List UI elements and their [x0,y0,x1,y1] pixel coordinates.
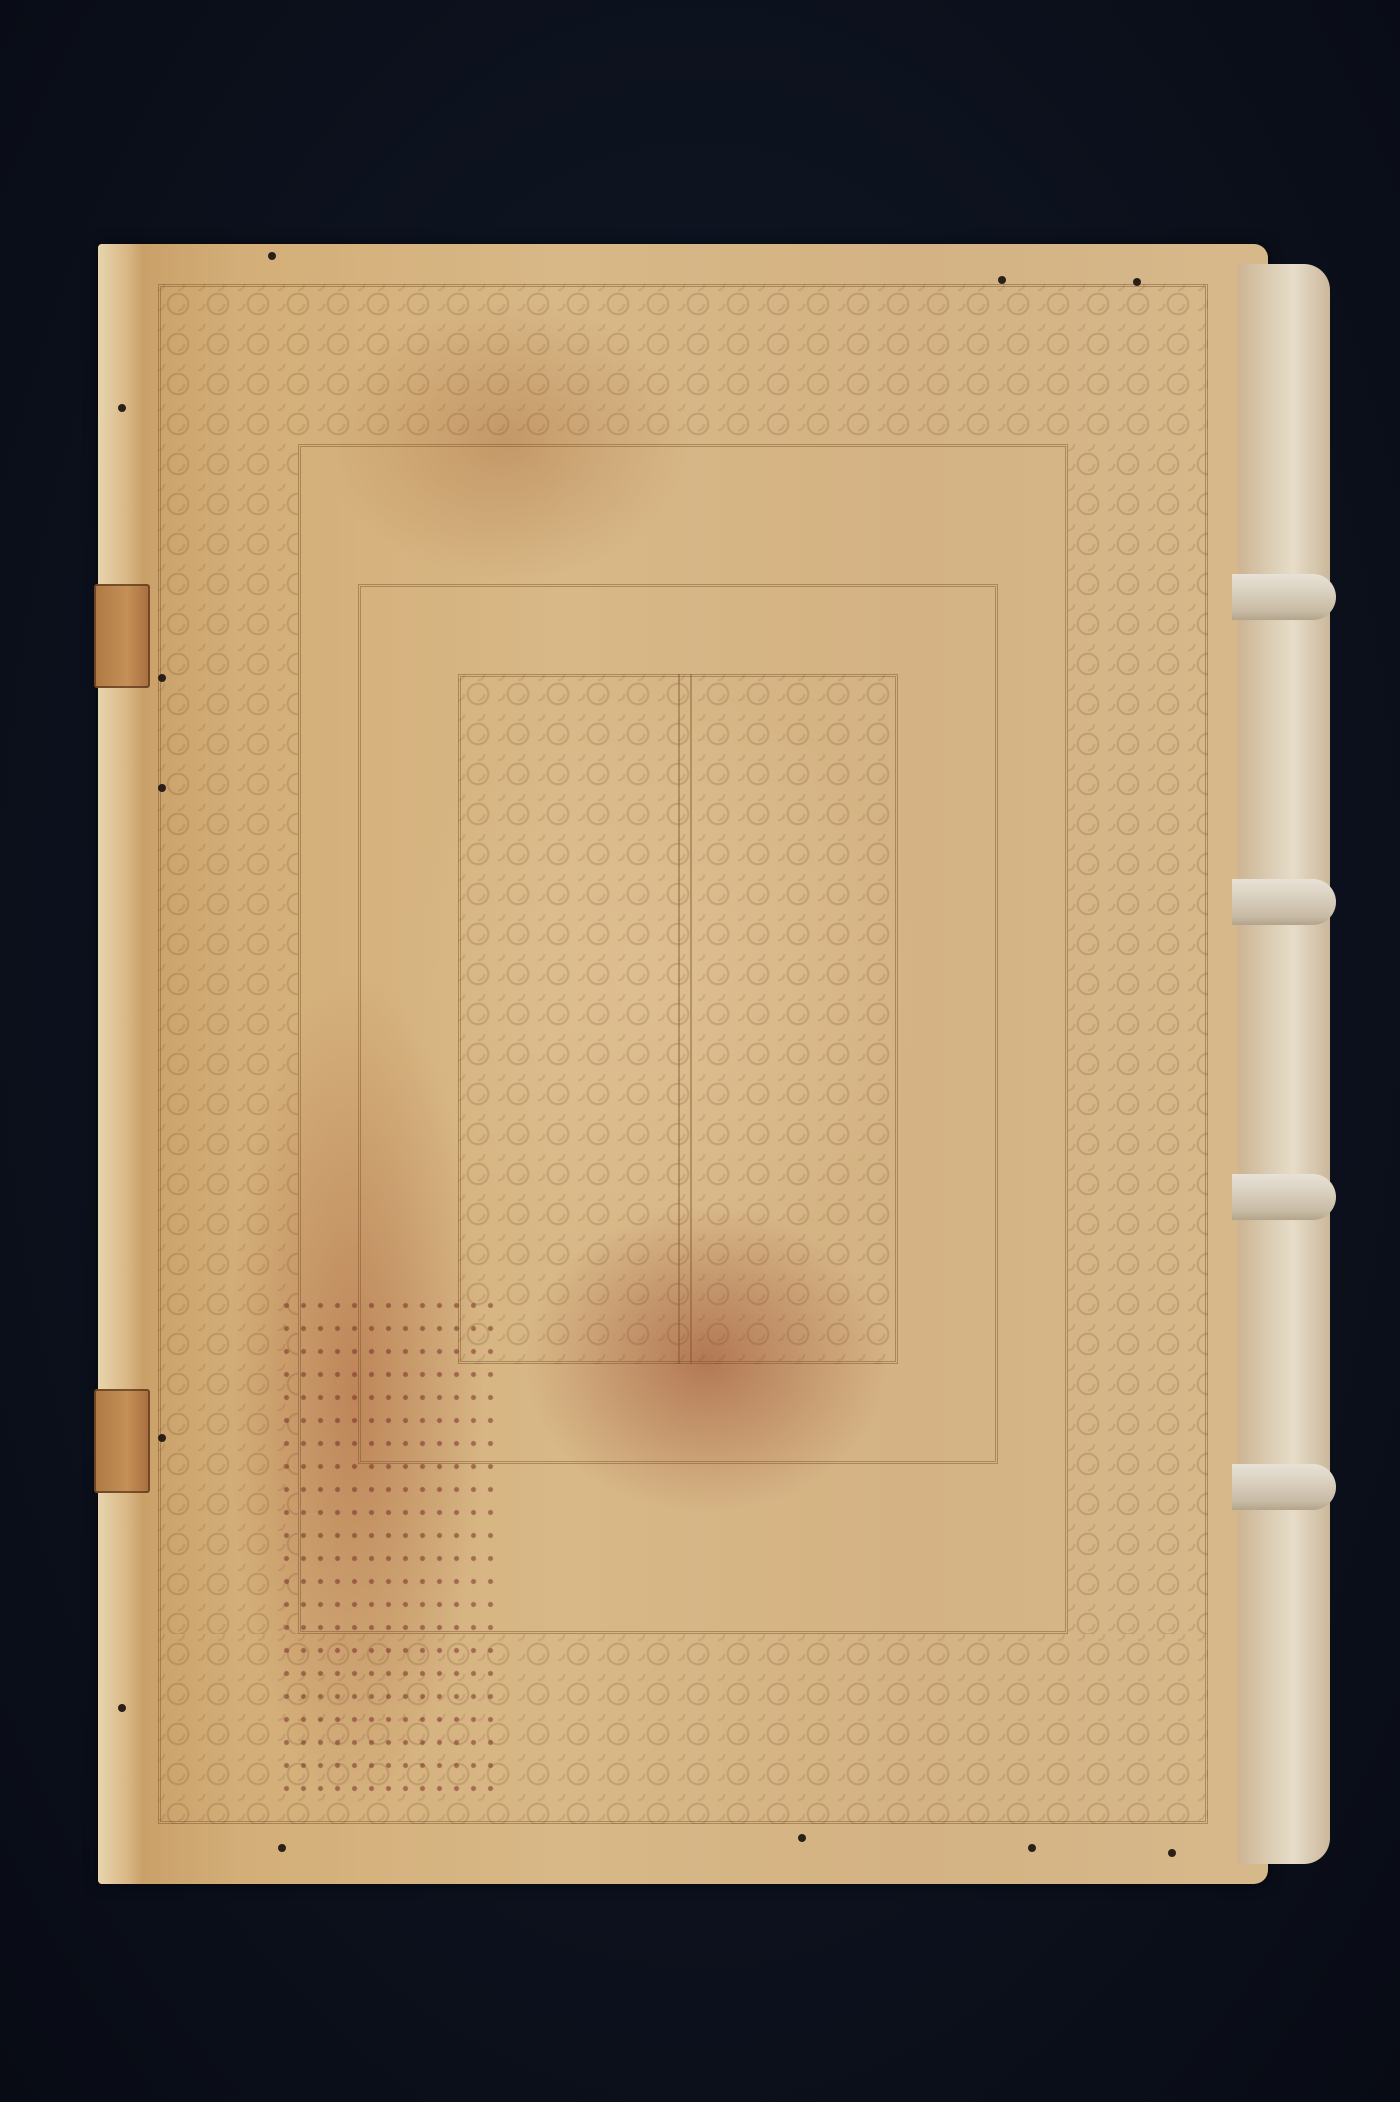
nail-hole [158,784,166,792]
nail-hole [158,1434,166,1442]
clasp-upper [94,584,150,688]
nail-hole [1168,1849,1176,1857]
board-edge [98,244,142,1884]
nail-hole [998,276,1006,284]
clasp-lower [94,1389,150,1493]
nail-hole [118,1704,126,1712]
nail-hole [278,1844,286,1852]
raised-band [1232,574,1336,620]
raised-band [1232,1174,1336,1220]
nail-hole [1028,1844,1036,1852]
book [98,244,1330,1884]
nail-hole [1133,278,1141,286]
nail-hole [268,252,276,260]
nail-hole [158,674,166,682]
nail-hole [118,404,126,412]
raised-band [1232,1464,1336,1510]
center-divider [678,674,692,1364]
stain-spots [278,1294,498,1794]
spine [1238,264,1330,1864]
nail-hole [798,1834,806,1842]
raised-band [1232,879,1336,925]
front-cover [98,244,1268,1884]
